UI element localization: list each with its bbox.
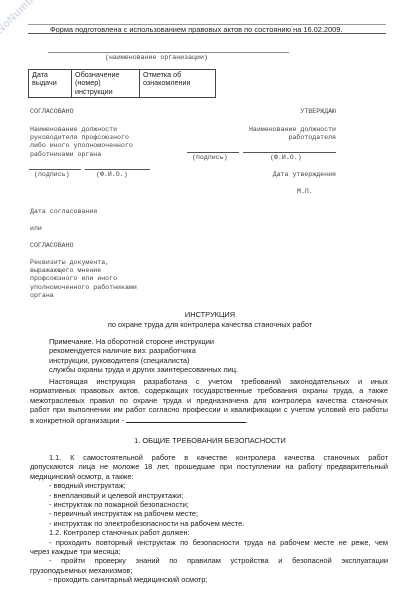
stamp-label: М.П.	[297, 188, 313, 196]
agreed-fio-caption: (Ф.И.О.)	[96, 171, 128, 179]
paragraph-line: медицинский осмотр, а также:	[30, 472, 388, 481]
position-line: либо иного уполномоченного	[30, 142, 133, 150]
agreed-signature-line	[29, 169, 81, 170]
list-item: - внеплановый и целевой инструктажи;	[30, 491, 388, 500]
requisites-block: Реквизиты документа, выражающего мнение …	[30, 259, 137, 300]
intro-paragraph: Настоящая инструкция разработана с учето…	[30, 377, 388, 425]
section-heading: 1. ОБЩИЕ ТРЕБОВАНИЯ БЕЗОПАСНОСТИ	[0, 436, 420, 445]
cell-text: ознакомлении	[143, 79, 213, 87]
requisites-line: уполномоченного работниками	[30, 284, 137, 292]
agreed-position: Наименование должности руководителя проф…	[30, 126, 133, 159]
list-item: - проходить повторный инструктаж по безо…	[30, 538, 388, 547]
note-line: Примечание. На оборотной стороне инструк…	[49, 337, 238, 346]
intro-line: работ при выполнении им работ согласно п…	[30, 405, 388, 414]
position-line: работниками органа	[30, 151, 133, 159]
agreed-title-alt: СОГЛАСОВАНО	[30, 242, 74, 250]
list-item: - проходить санитарный медицинский осмот…	[30, 575, 388, 584]
agreement-date-label: Дата согласования	[30, 208, 97, 216]
note-line: инструкции, руководителя (специалиста)	[49, 356, 238, 365]
agreed-signature-caption: (подпись)	[34, 171, 70, 179]
approve-signature-line	[187, 152, 239, 153]
position-line: работодателя	[249, 134, 336, 142]
watermark: NoNumber.ru	[0, 0, 54, 36]
section-1-body: 1.1. К самостоятельной работе в качестве…	[30, 453, 388, 585]
approve-fio-line	[243, 152, 336, 153]
approve-fio-caption: (Ф.И.О.)	[270, 154, 302, 162]
acknowledgement-cell: Отметка об ознакомлении	[140, 70, 216, 98]
requisites-line: профсоюзного или иного	[30, 275, 137, 283]
paragraph-line: допускаются лица не моложе 18 лет, проше…	[30, 462, 388, 471]
approve-date-label: Дата утверждения	[273, 171, 336, 179]
position-line: Наименование должности	[249, 126, 336, 134]
list-item: - инструктаж по электробезопасности на р…	[30, 519, 388, 528]
list-item-continuation: грузоподъемных механизмов;	[30, 566, 388, 575]
list-item: - первичный инструктаж на рабочем месте;	[30, 509, 388, 518]
list-item-continuation: через каждые три месяца;	[30, 547, 388, 556]
note-block: Примечание. На оборотной стороне инструк…	[49, 337, 238, 375]
paragraph-heading: 1.2. Контролер станочных работ должен:	[30, 528, 388, 537]
organization-caption: (наименование организации)	[105, 54, 208, 62]
intro-line: в конкретной организации -	[30, 416, 124, 425]
note-line: службы охраны труда и других заинтересов…	[49, 365, 238, 374]
list-item: - инструктаж по пожарной безопасности;	[30, 500, 388, 509]
table-row: Дата выдачи Обозначение (номер) инструкц…	[29, 70, 216, 98]
cell-text: выдачи	[32, 79, 69, 87]
intro-line: Настоящая инструкция разработана с учето…	[30, 377, 388, 386]
cell-text: инструкции	[75, 88, 137, 96]
note-line: рекомендуется наличие виз: разработчика	[49, 346, 238, 355]
requisites-line: выражающего мнение	[30, 267, 137, 275]
organization-blank	[126, 415, 246, 423]
paragraph-line: 1.1. К самостоятельной работе в качестве…	[30, 453, 388, 462]
organization-name-line	[48, 52, 289, 53]
intro-line: межотраслевых правил по охране труда и п…	[30, 396, 388, 405]
instruction-number-cell: Обозначение (номер) инструкции	[72, 70, 140, 98]
intro-line: нормативных правовых актов, содержащих г…	[30, 386, 388, 395]
list-item: - пройти проверку знаний по правилам уст…	[30, 556, 388, 565]
agreed-fio-line	[85, 169, 150, 170]
requisites-line: органа	[30, 292, 137, 300]
requisites-line: Реквизиты документа,	[30, 259, 137, 267]
position-line: Наименование должности	[30, 126, 133, 134]
header-rule-bottom	[28, 33, 386, 34]
or-label: или	[30, 225, 42, 233]
issue-date-cell: Дата выдачи	[29, 70, 72, 98]
intro-end: .	[246, 416, 248, 425]
agreed-title: СОГЛАСОВАНО	[30, 108, 74, 116]
approve-position: Наименование должности работодателя	[249, 126, 336, 142]
intro-last-line: в конкретной организации - .	[30, 415, 388, 425]
issue-table: Дата выдачи Обозначение (номер) инструкц…	[28, 69, 216, 98]
approve-signature-caption: (подпись)	[192, 154, 228, 162]
list-item: - вводный инструктаж;	[30, 481, 388, 490]
approve-title: УТВЕРЖДАЮ	[300, 108, 336, 116]
document-subtitle: по охране труда для контролера качества …	[0, 320, 420, 329]
document-title: ИНСТРУКЦИЯ	[0, 310, 420, 319]
